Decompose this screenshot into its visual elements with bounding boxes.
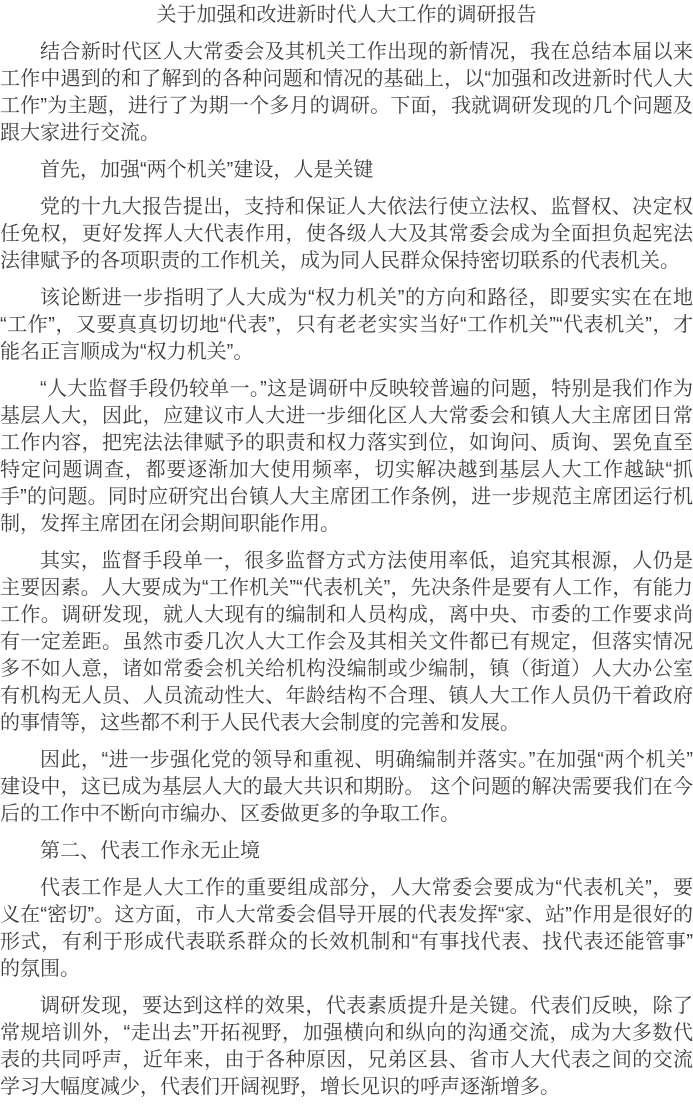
section-heading-first: 首先，加强“两个机关”建设，人是关键: [0, 157, 693, 184]
document-title: 关于加强和改进新时代人大工作的调研报告: [0, 2, 693, 29]
paragraph-supervision-means: “人大监督手段仍较单一。”这是调研中反映较普遍的问题，特别是我们作为基层人大，因…: [0, 376, 693, 538]
paragraph-intro: 结合新时代区人大常委会及其机关工作出现的新情况，我在总结本届以来工作中遇到的和了…: [0, 39, 693, 147]
paragraph-deputy-work: 代表工作是人大工作的重要组成部分，人大常委会要成为“代表机关”，要义在“密切”。…: [0, 875, 693, 983]
paragraph-staffing-issues: 其实，监督手段单一，很多监督方式方法使用率低，追究其根源，人仍是主要因素。人大要…: [0, 548, 693, 737]
paragraph-conclusion-direction: 该论断进一步指明了人大成为“权力机关”的方向和路径，即要实实在在地“工作”，又要…: [0, 285, 693, 366]
paragraph-deputy-quality: 调研发现，要达到这样的效果，代表素质提升是关键。代表们反映，除了常规培训外，“走…: [0, 993, 693, 1101]
section-heading-second: 第二、代表工作永无止境: [0, 838, 693, 865]
paragraph-19th-congress: 党的十九大报告提出，支持和保证人大依法行使立法权、监督权、决定权任免权，更好发挥…: [0, 194, 693, 275]
paragraph-party-leadership: 因此，“进一步强化党的领导和重视、明确编制并落实。”在加强“两个机关”建设中，这…: [0, 747, 693, 828]
document-page: 关于加强和改进新时代人大工作的调研报告 结合新时代区人大常委会及其机关工作出现的…: [0, 0, 693, 1101]
